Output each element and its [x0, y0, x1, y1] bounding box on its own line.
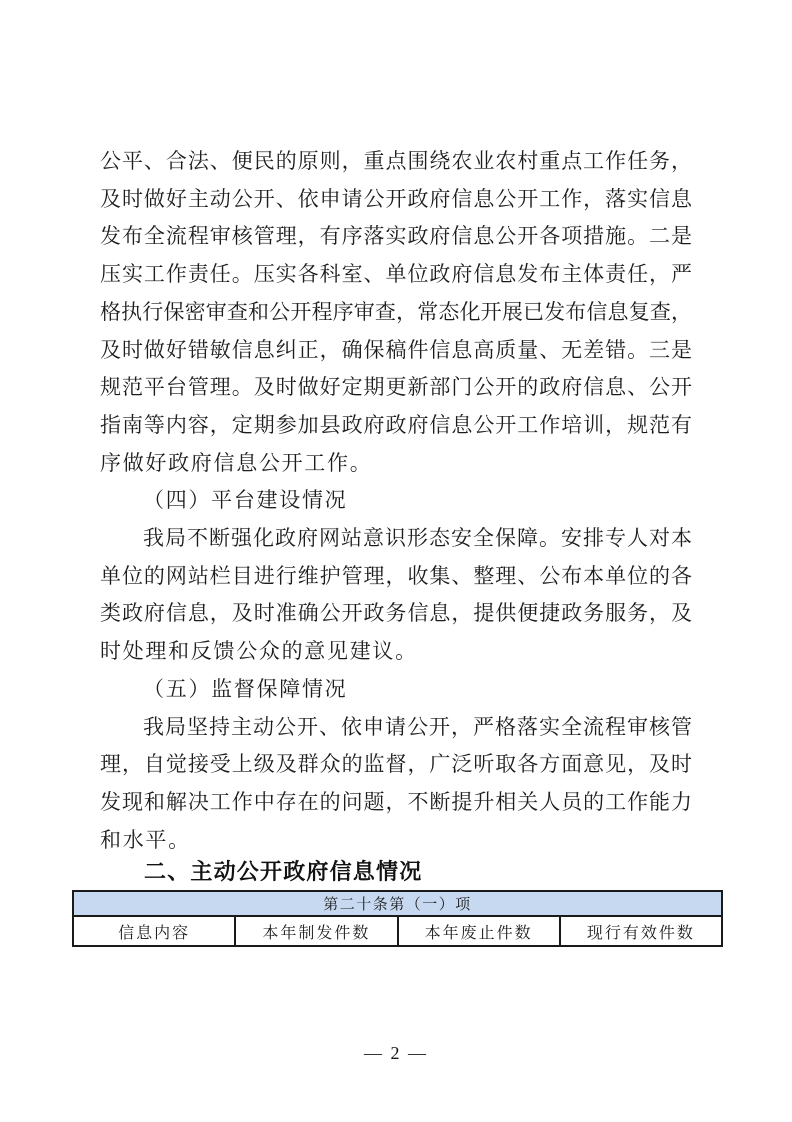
table-caption: 第二十条第（一）项: [73, 891, 722, 916]
body-line: 和水平。: [100, 822, 692, 860]
body-text-block: 公平、合法、便民的原则，重点围绕农业农村重点工作任务， 及时做好主动公开、依申请…: [100, 143, 692, 889]
body-line: 发现和解决工作中存在的问题，不断提升相关人员的工作能力: [100, 784, 692, 822]
body-line: 及时做好错敏信息纠正，确保稿件信息高质量、无差错。三是: [100, 332, 692, 370]
body-line: 理，自觉接受上级及群众的监督，广泛听取各方面意见，及时: [100, 746, 692, 784]
table-header-cell: 本年废止件数: [398, 916, 560, 946]
body-line: 序做好政府信息公开工作。: [100, 445, 692, 483]
body-line: 及时做好主动公开、依申请公开政府信息公开工作，落实信息: [100, 181, 692, 219]
table-header-cell: 信息内容: [73, 916, 235, 946]
section-heading: 二、主动公开政府信息情况: [100, 855, 692, 889]
body-line: 我局不断强化政府网站意识形态安全保障。安排专人对本: [100, 520, 692, 558]
table-caption-row: 第二十条第（一）项: [73, 891, 722, 916]
body-line: 单位的网站栏目进行维护管理，收集、整理、公布本单位的各: [100, 558, 692, 596]
body-line: 格执行保密审查和公开程序审查，常态化开展已发布信息复查，: [100, 294, 692, 332]
disclosure-report-table: 第二十条第（一）项 信息内容 本年制发件数 本年废止件数 现行有效件数: [72, 890, 723, 947]
body-line: 指南等内容，定期参加县政府政府信息公开工作培训，规范有: [100, 407, 692, 445]
body-line: 规范平台管理。及时做好定期更新部门公开的政府信息、公开: [100, 369, 692, 407]
subsection-heading-5: （五）监督保障情况: [100, 671, 692, 709]
document-page: 公平、合法、便民的原则，重点围绕农业农村重点工作任务， 及时做好主动公开、依申请…: [0, 0, 792, 1122]
subsection-heading-4: （四）平台建设情况: [100, 482, 692, 520]
body-line: 压实工作责任。压实各科室、单位政府信息发布主体责任，严: [100, 256, 692, 294]
body-line: 公平、合法、便民的原则，重点围绕农业农村重点工作任务，: [100, 143, 692, 181]
table-header-row: 信息内容 本年制发件数 本年废止件数 现行有效件数: [73, 916, 722, 946]
body-line: 发布全流程审核管理，有序落实政府信息公开各项措施。二是: [100, 218, 692, 256]
table-header-cell: 现行有效件数: [560, 916, 722, 946]
body-line: 类政府信息，及时准确公开政务信息，提供便捷政务服务，及: [100, 595, 692, 633]
table-header-cell: 本年制发件数: [235, 916, 397, 946]
page-number: — 2 —: [0, 1043, 792, 1064]
body-line: 我局坚持主动公开、依申请公开，严格落实全流程审核管: [100, 709, 692, 747]
body-line: 时处理和反馈公众的意见建议。: [100, 633, 692, 671]
